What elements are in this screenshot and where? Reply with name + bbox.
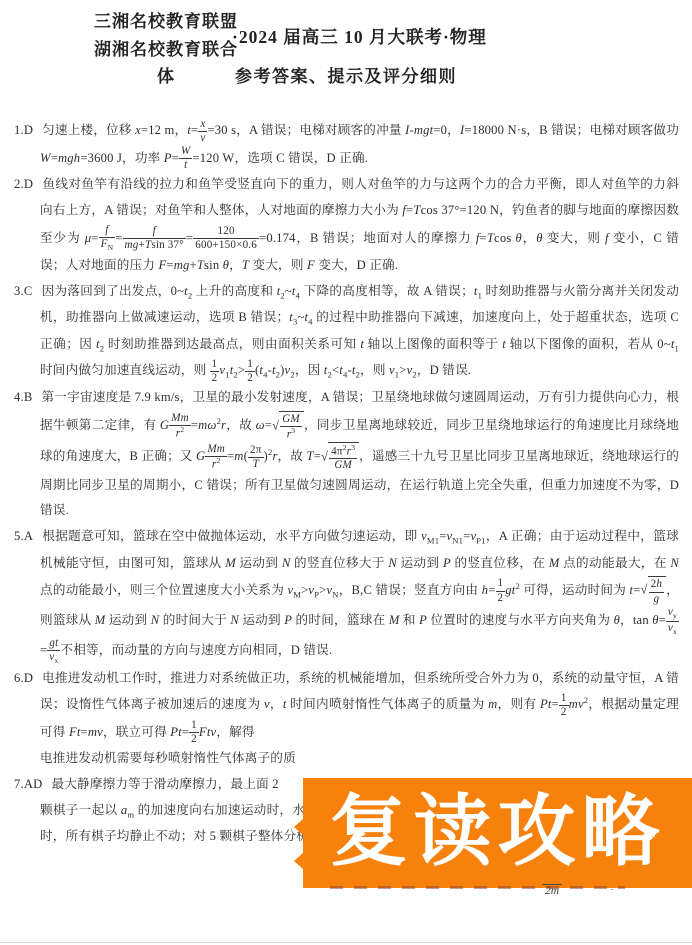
exam-session-title: ·2024 届高三 10 月大联考·物理 <box>232 24 487 49</box>
promo-banner[interactable]: 复读攻略 <box>303 778 692 888</box>
question-label: 6.D <box>14 671 33 685</box>
question-label: 2.D <box>14 177 33 191</box>
banner-arrow-icon <box>294 818 304 836</box>
org-name-line1: 三湘名校教育联盟 <box>86 8 246 36</box>
answer-item-2: 2.D鱼线对鱼竿有沿线的拉力和鱼竿受竖直向下的重力，则人对鱼竿的力与这两个力的合… <box>0 172 692 279</box>
answer-item-1: 1.D匀速上楼，位移 x=12 m，t=xv=30 s，A 错误；电梯对顾客的冲… <box>0 118 692 172</box>
promo-banner-text: 复读攻略 <box>329 792 665 870</box>
answer-item-5: 5.A根据题意可知，篮球在空中做抛体运动，水平方向做匀速运动，即 vM1=vN1… <box>0 524 692 666</box>
answer-item-6: 6.D电推进发动机工作时，推进力对系统做正功，系统的机械能增加，但系统所受合外力… <box>0 666 692 772</box>
answer-text: 第一宇宙速度是 7.9 km/s，卫星的最小发射速度，A 错误；卫星绕地球做匀速… <box>40 390 679 518</box>
answer-sheet-page: 三湘名校教育联盟 湖湘名校教育联合体 ·2024 届高三 10 月大联考·物理 … <box>0 0 692 945</box>
exam-header: 三湘名校教育联盟 湖湘名校教育联合体 ·2024 届高三 10 月大联考·物理 … <box>0 0 692 112</box>
question-label: 7.AD <box>14 777 42 791</box>
answer-text: 因为落回到了出发点，0~t2 上升的高度和 t2~t4 下降的高度相等，故 A … <box>40 284 679 377</box>
answer-text: 电推进发动机工作时，推进力对系统做正功，系统的机械能增加，但系统所受合外力为 0… <box>40 671 679 765</box>
answers-title: 参考答案、提示及评分细则 <box>0 62 692 87</box>
question-label: 1.D <box>14 123 33 137</box>
answer-text: 根据题意可知，篮球在空中做抛体运动，水平方向做匀速运动，即 vM1=vN1=vP… <box>40 529 679 657</box>
banner-arrow-icon <box>294 852 304 870</box>
covered-dot-fragment: · <box>610 884 614 896</box>
answer-item-4: 4.B第一宇宙速度是 7.9 km/s，卫星的最小发射速度，A 错误；卫星绕地球… <box>0 385 692 525</box>
question-label: 4.B <box>14 390 32 404</box>
question-label: 5.A <box>14 529 33 543</box>
answer-item-3: 3.C因为落回到了出发点，0~t2 上升的高度和 t2~t4 下降的高度相等，故… <box>0 279 692 385</box>
answer-text: 鱼线对鱼竿有沿线的拉力和鱼竿受竖直向下的重力，则人对鱼竿的力与这两个力的合力平衡… <box>40 177 679 272</box>
question-label: 3.C <box>14 284 32 298</box>
covered-text-remnant <box>330 886 625 889</box>
answers-list: 1.D匀速上楼，位移 x=12 m，t=xv=30 s，A 错误；电梯对顾客的冲… <box>0 112 692 850</box>
covered-formula-fragment: 2m <box>542 884 562 898</box>
page-bottom-divider <box>0 942 692 943</box>
answer-text: 匀速上楼，位移 x=12 m，t=xv=30 s，A 错误；电梯对顾客的冲量 I… <box>40 123 679 164</box>
